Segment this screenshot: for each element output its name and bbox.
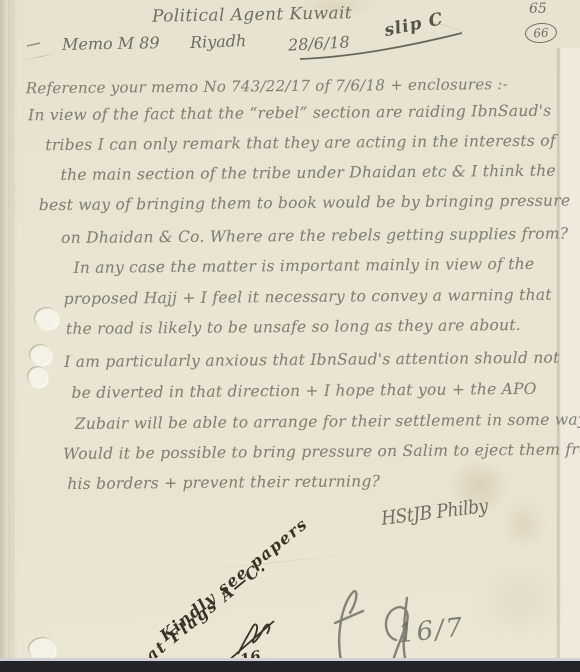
- body-line: I am particularly anxious that IbnSaud's…: [64, 349, 560, 371]
- reference-line: Reference your memo No 743/22/17 of 7/6/…: [26, 75, 508, 97]
- punch-hole: [29, 344, 51, 365]
- scanned-letter-page: Political Agent Kuwait 65 66 Memo M 89 R…: [0, 0, 580, 672]
- body-line: his borders + prevent their returning?: [67, 472, 380, 493]
- punch-hole: [28, 637, 55, 660]
- punch-hole: [34, 307, 58, 329]
- body-line: the road is likely to be unsafe so long …: [66, 316, 521, 338]
- letter-body: Reference your memo No 743/22/17 of 7/6/…: [0, 0, 580, 672]
- body-line: In view of the fact that the “rebel” sec…: [28, 102, 552, 125]
- body-line: best way of bringing them to book would …: [39, 192, 571, 215]
- body-line: the main section of the tribe under Dhai…: [61, 162, 556, 184]
- body-line: on Dhaidan & Co. Where are the rebels ge…: [61, 225, 568, 247]
- body-line: Would it be possible to bring pressure o…: [63, 440, 580, 463]
- body-line: Zubair will be able to arrange for their…: [75, 410, 580, 432]
- scan-edge-bar: [0, 661, 580, 672]
- body-line: In any case the matter is important main…: [73, 255, 534, 277]
- body-line: tribes I can only remark that they are a…: [45, 132, 556, 154]
- body-line: be diverted in that direction + I hope t…: [71, 380, 536, 402]
- punch-hole: [27, 366, 47, 387]
- body-line: proposed Hajj + I feel it necessary to c…: [64, 286, 552, 308]
